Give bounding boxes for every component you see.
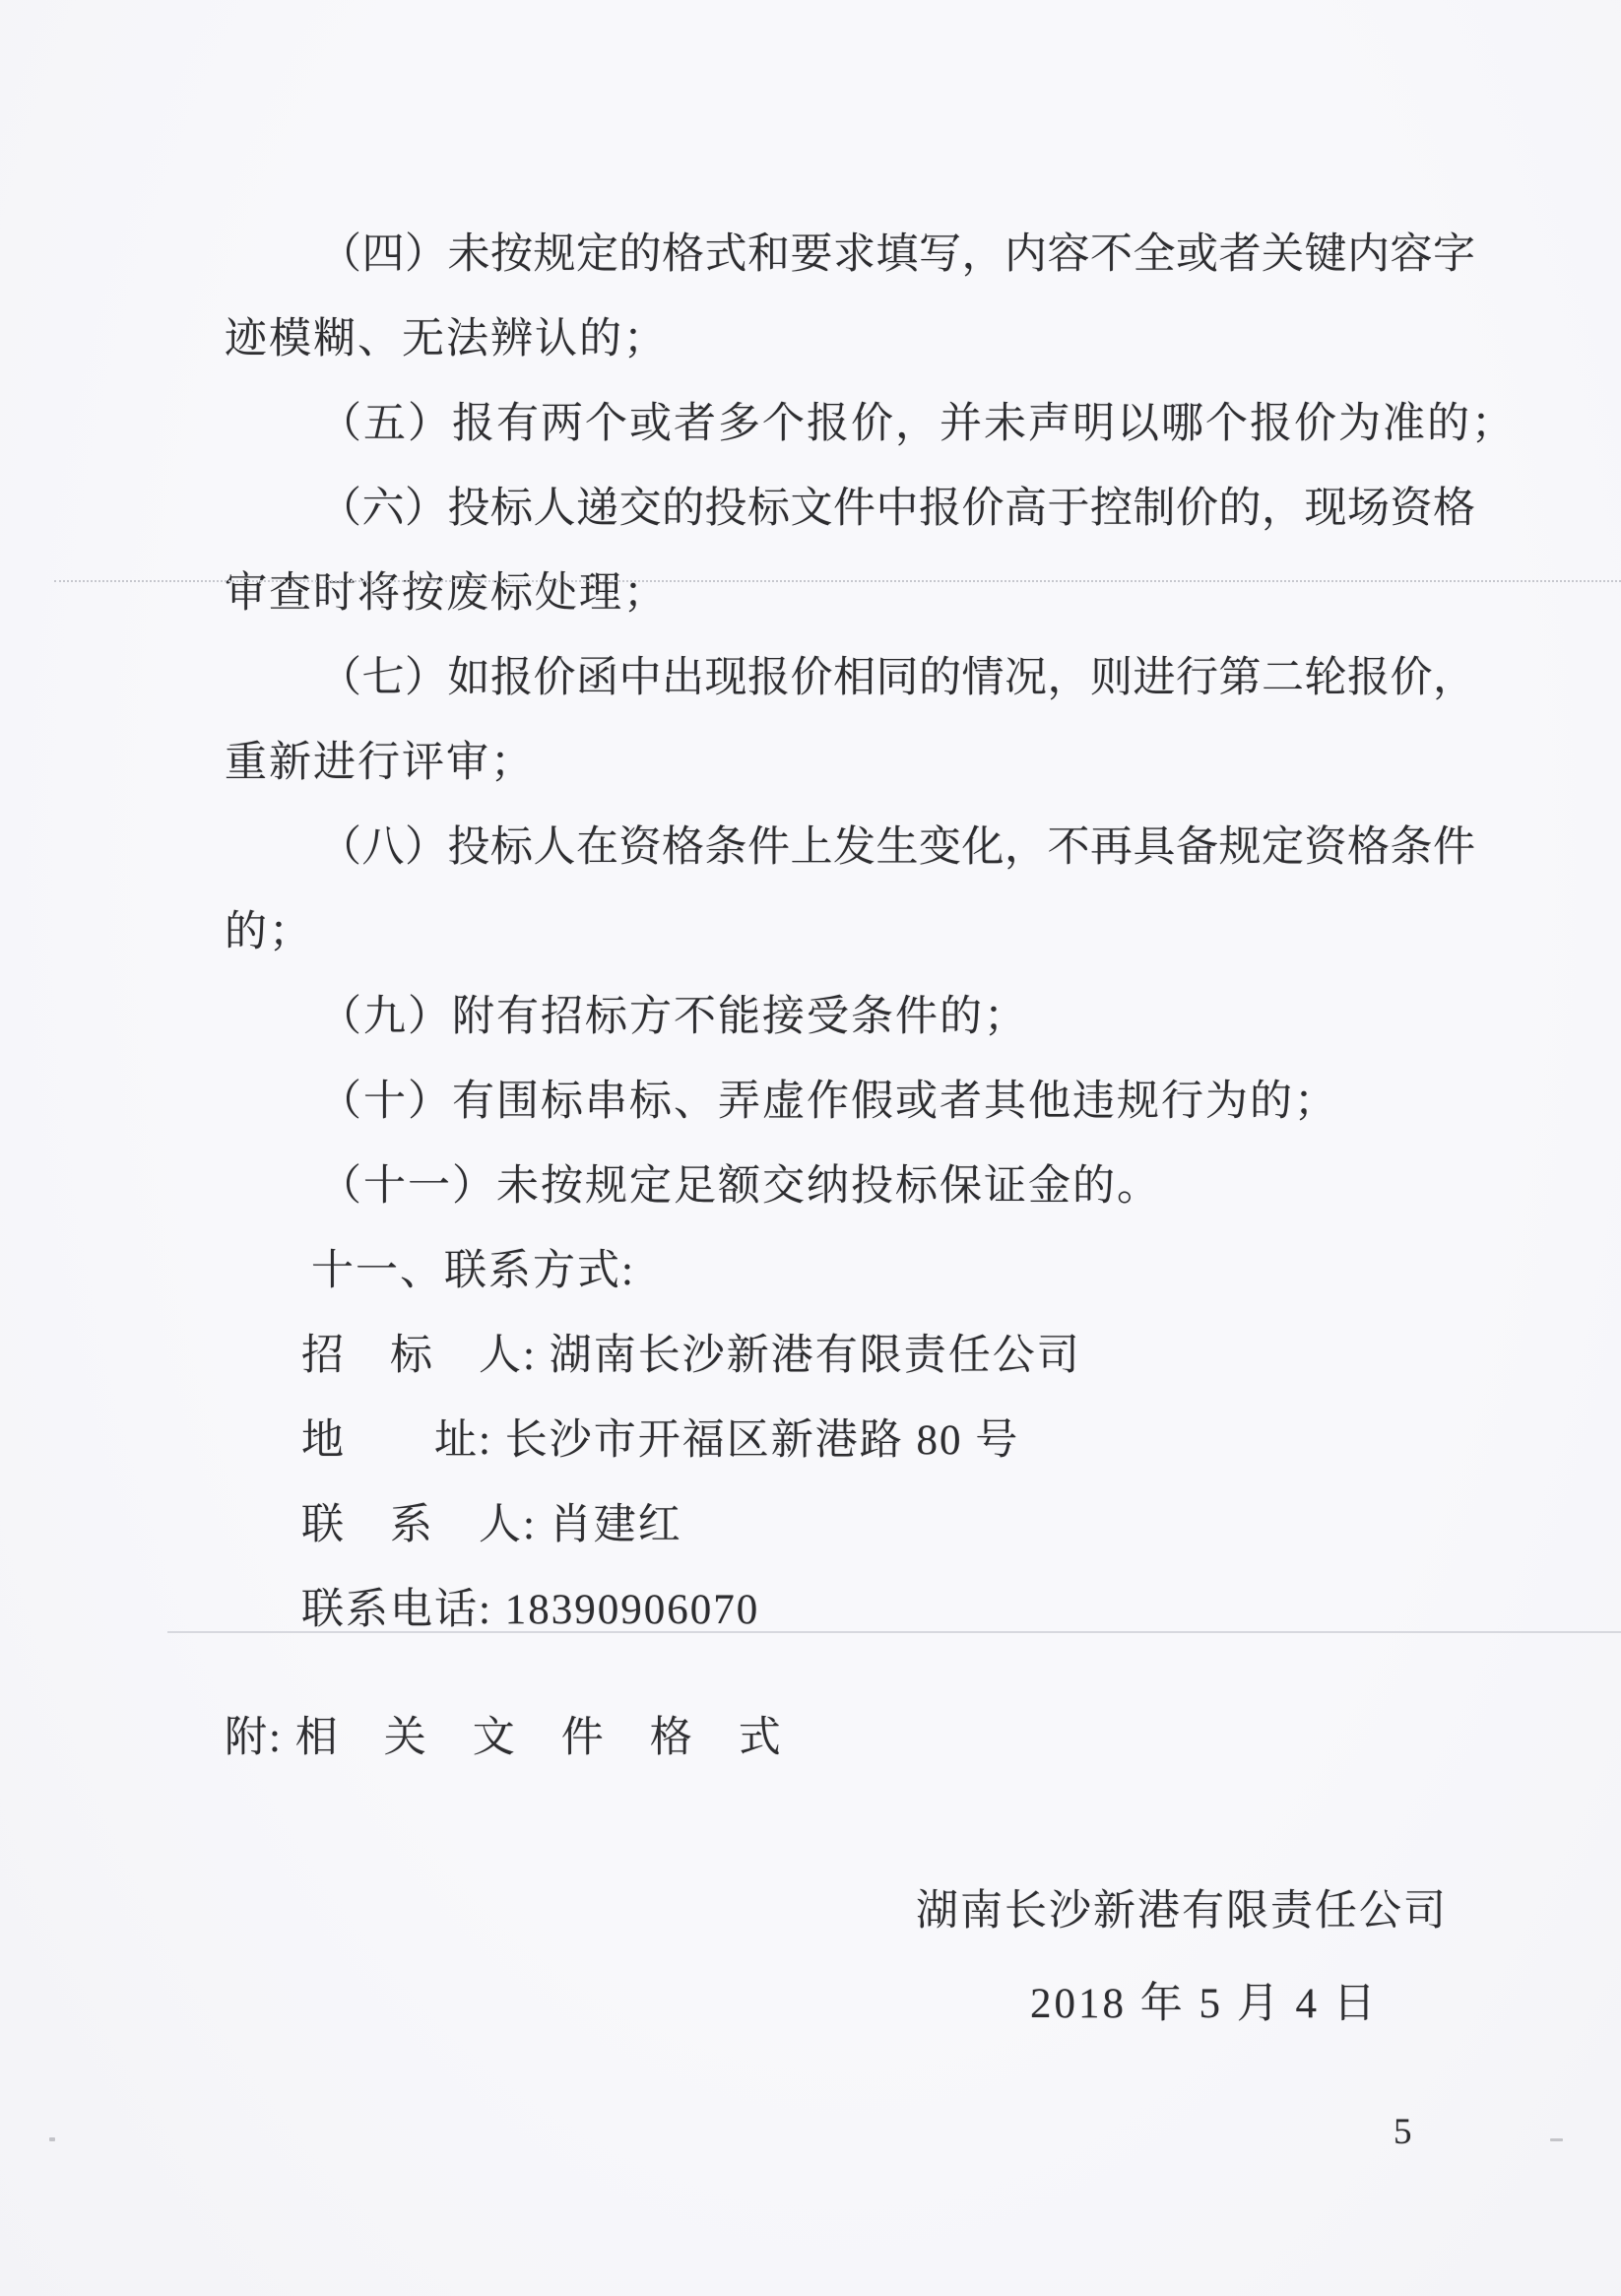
signature-date: 2018 年 5 月 4 日 [1030, 1970, 1379, 2030]
text-line: 十一、联系方式: [225, 1247, 1475, 1297]
text-line: （九）附有招标方不能接受条件的； [225, 993, 1475, 1043]
text-line: 地 址: 长沙市开福区新港路 80 号 [225, 1416, 1475, 1467]
text-line: （四）未按规定的格式和要求填写，内容不全或者关键内容字 [225, 230, 1475, 281]
scan-artifact-dot [49, 2137, 55, 2141]
scanned-document-page: （四）未按规定的格式和要求填写，内容不全或者关键内容字迹模糊、无法辨认的；（五）… [0, 0, 1621, 2296]
text-line: 迹模糊、无法辨认的； [225, 315, 1475, 365]
text-line: 重新进行评审； [225, 739, 1475, 789]
text-line: 附: 相 关 文 件 格 式 [225, 1714, 1475, 1764]
text-line: （七）如报价函中出现报价相同的情况，则进行第二轮报价， [225, 654, 1475, 704]
text-line: （十一）未按规定足额交纳投标保证金的。 [225, 1162, 1475, 1213]
scan-artifact-solid [167, 1631, 1621, 1635]
text-line: 的； [225, 908, 1475, 958]
scan-artifact-dotted [54, 580, 1621, 584]
signature-company-name: 湖南长沙新港有限责任公司 [916, 1877, 1448, 1937]
text-line: 招 标 人: 湖南长沙新港有限责任公司 [225, 1332, 1475, 1382]
text-line: 审查时将按废标处理； [225, 569, 1475, 620]
scan-artifact-dash [1550, 2138, 1563, 2141]
text-line: （八）投标人在资格条件上发生变化，不再具备规定资格条件 [225, 823, 1475, 874]
text-line: 联系电话: 18390906070 [225, 1586, 1475, 1636]
text-line: （十）有围标串标、弄虚作假或者其他违规行为的； [225, 1078, 1475, 1128]
text-line: （六）投标人递交的投标文件中报价高于控制价的，现场资格 [225, 485, 1475, 535]
page-number: 5 [1394, 2111, 1412, 2153]
text-line: （五）报有两个或者多个报价，并未声明以哪个报价为准的； [225, 400, 1475, 450]
text-line: 联 系 人: 肖建红 [225, 1501, 1475, 1551]
